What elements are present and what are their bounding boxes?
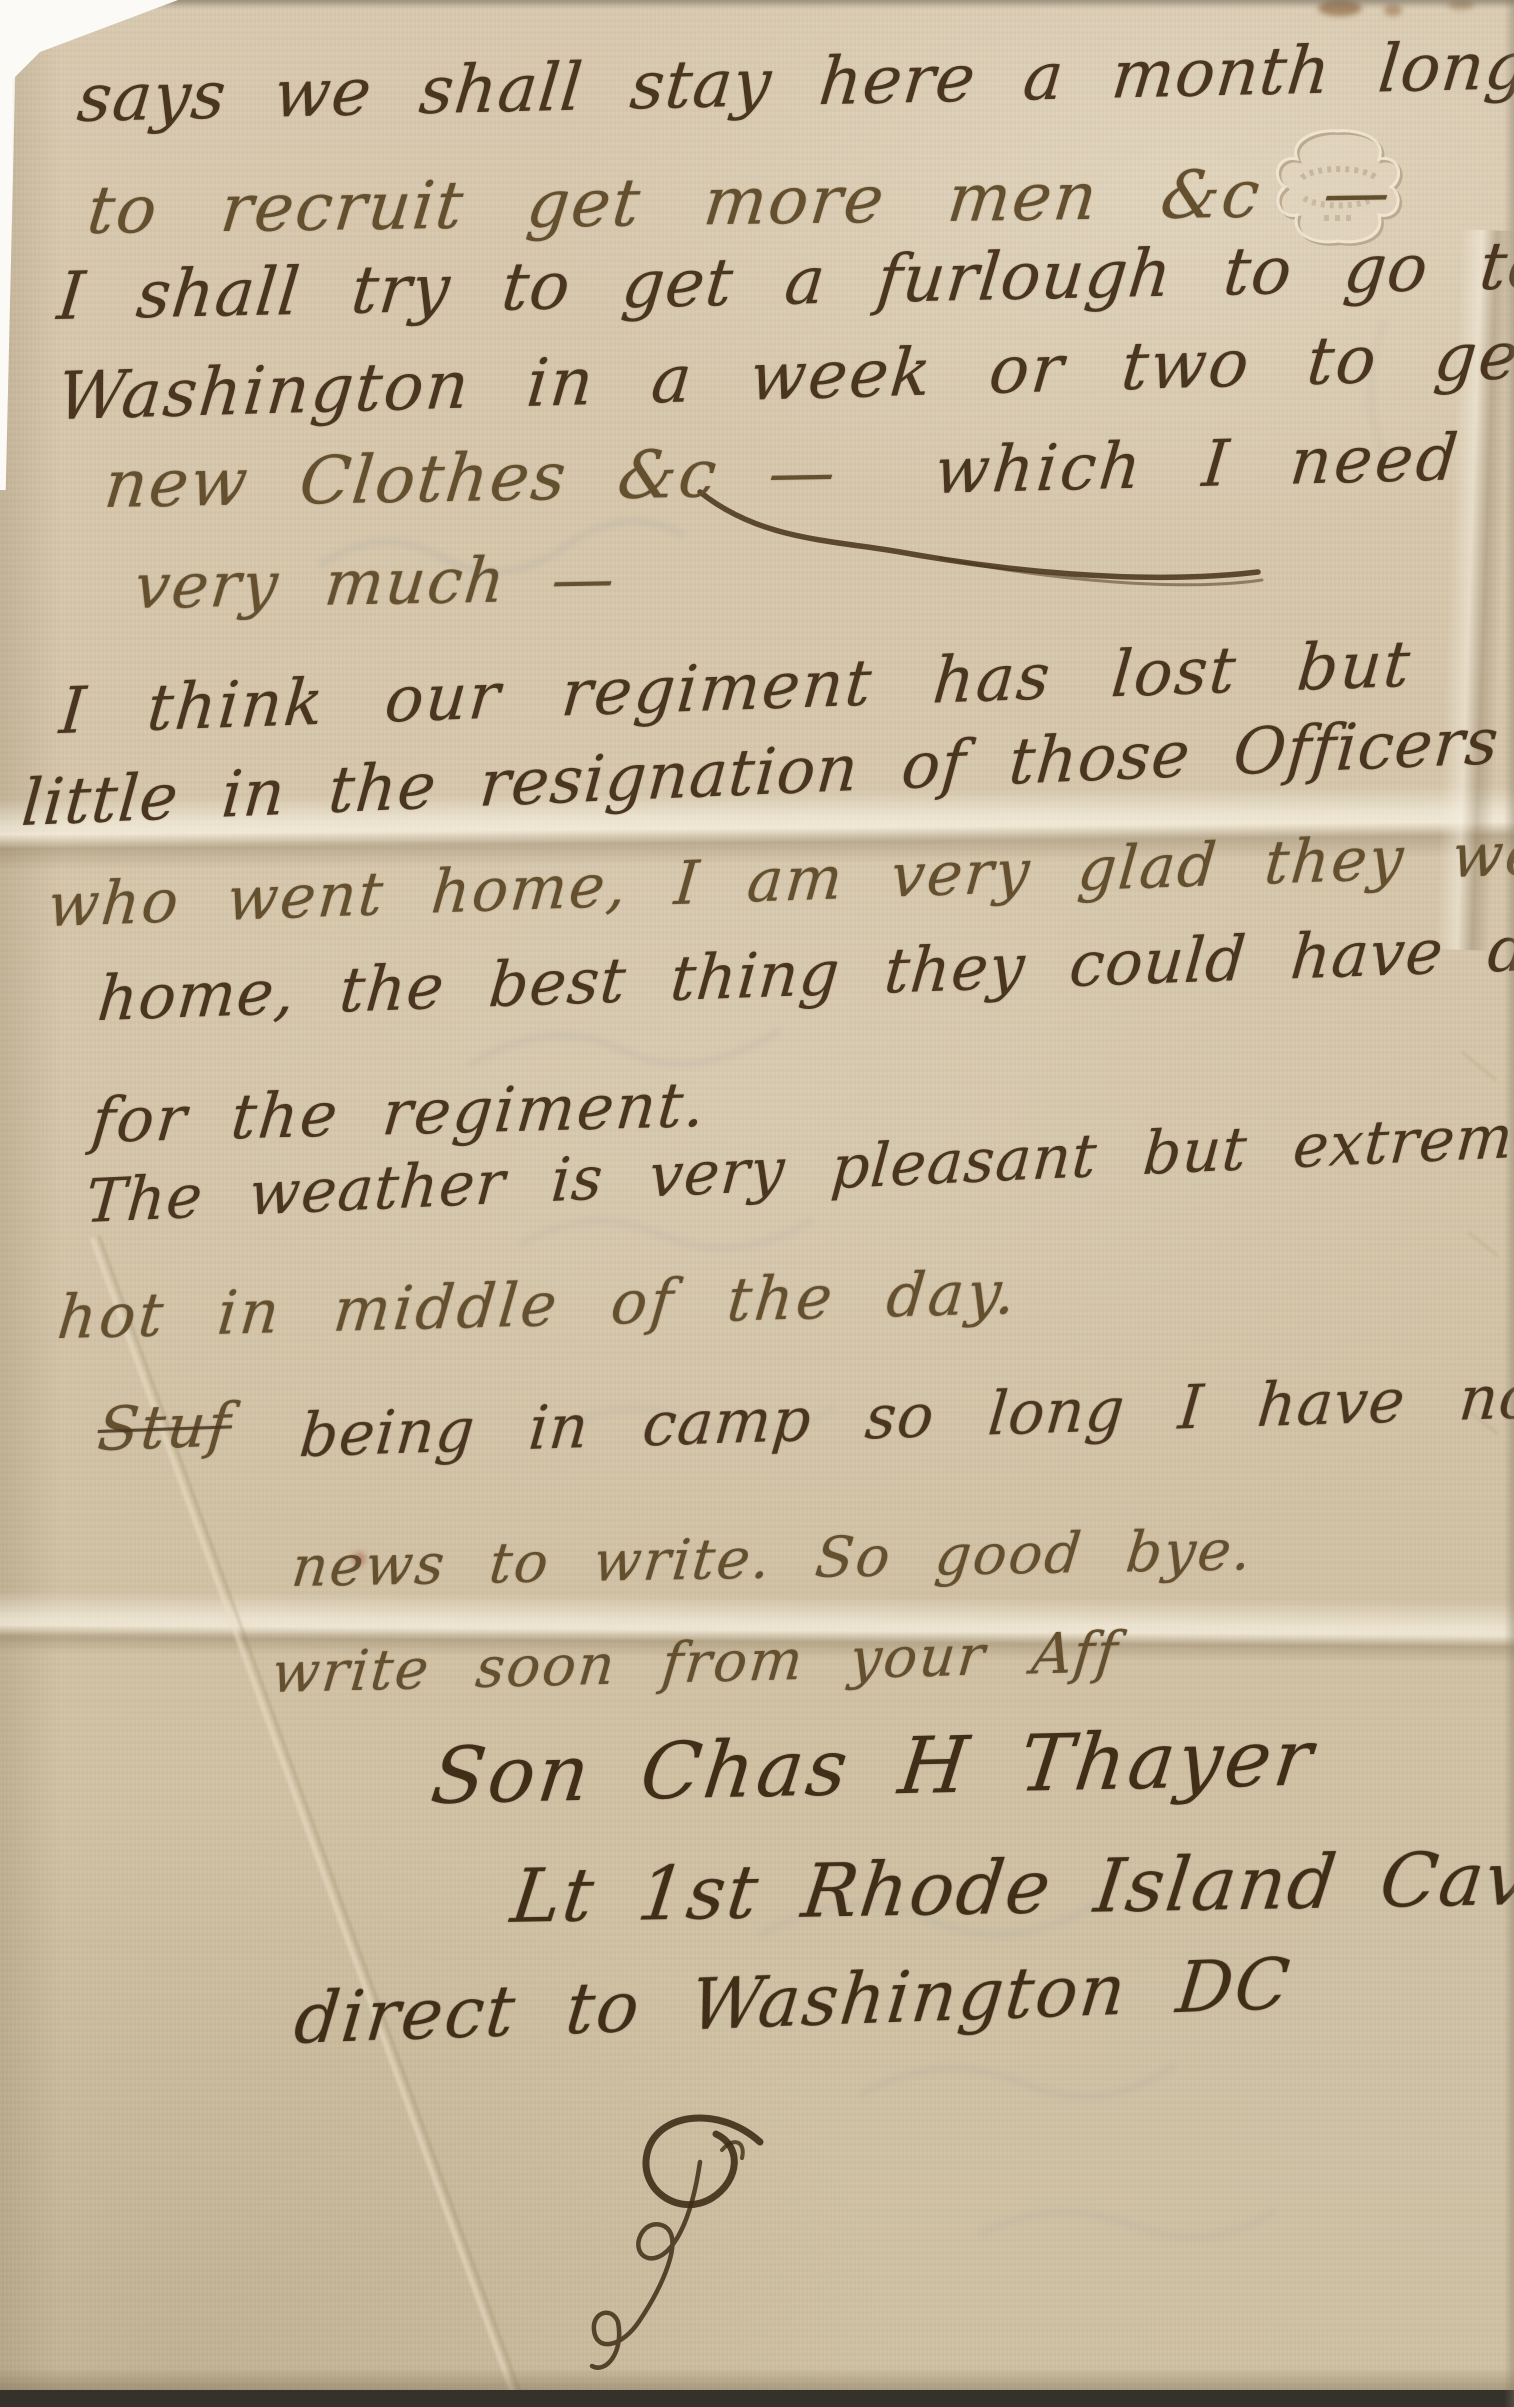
fox-stain [1384, 4, 1402, 16]
address-line: direct to Washington DC [291, 1949, 1294, 2054]
scan-edge [0, 2368, 1514, 2390]
handwriting-line: Washington in a week or two to get [55, 322, 1514, 430]
closing-line: write soon from your Aff [269, 1625, 1121, 1702]
handwriting-line: who went home, I am very glad they went [45, 821, 1514, 936]
handwriting-line: very much — [132, 548, 620, 619]
scan-edge [40, 0, 1514, 9]
scan-edge [0, 2390, 1514, 2407]
handwriting-line: Stuf [95, 1395, 234, 1460]
letter-scan: says we shall stay here a month longer t… [0, 0, 1514, 2407]
handwriting-line: which I need [932, 426, 1463, 504]
scan-edge [0, 60, 26, 490]
handwriting-line: to recruit get more men &c — [84, 160, 1395, 244]
handwriting-line: hot in middle of the day. [55, 1263, 1021, 1348]
handwriting-line: being in camp so long I have no [297, 1367, 1514, 1466]
handwriting-line: for the regiment. [89, 1074, 710, 1152]
handwriting-line: I shall try to get a furlough to go to [55, 233, 1514, 330]
handwriting-line: says we shall stay here a month longer [75, 31, 1514, 132]
handwriting-line: new Clothes &c — [102, 439, 841, 518]
signature-name-line: Son Chas H Thayer [427, 1719, 1319, 1816]
handwriting-line: news to write. So good bye. [289, 1523, 1256, 1596]
pen-flourish [592, 2118, 760, 2368]
signature-rank-line: Lt 1st Rhode Island Cav [507, 1842, 1514, 1934]
fox-stain [1448, 0, 1474, 10]
fox-stain [1318, 0, 1362, 16]
